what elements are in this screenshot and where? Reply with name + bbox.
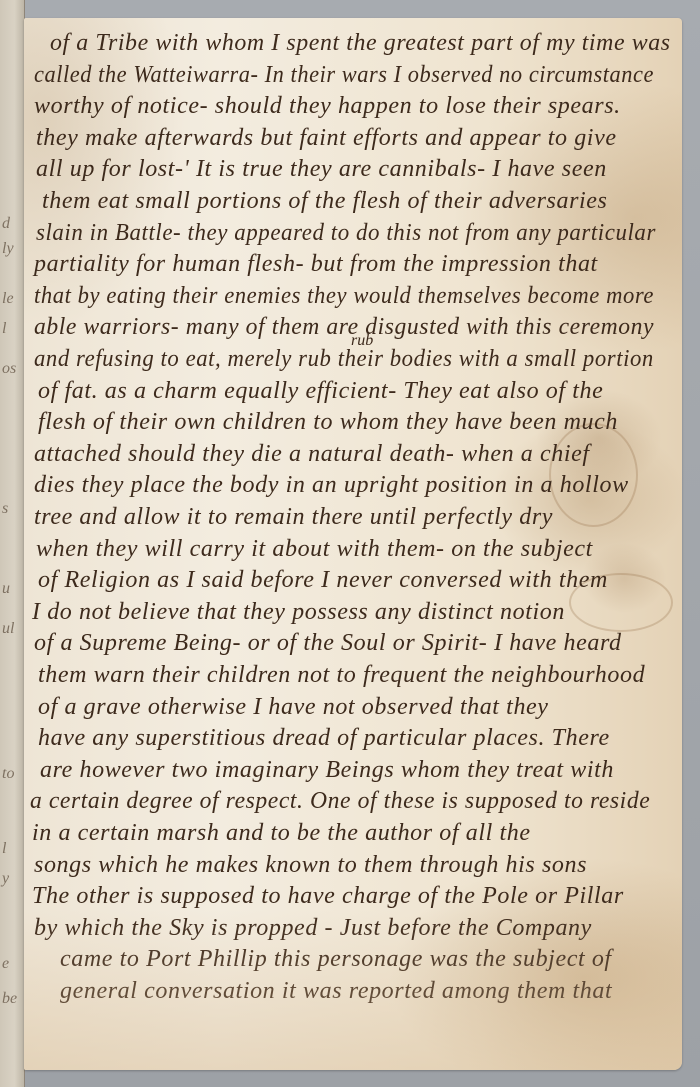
manuscript-line: are however two imaginary Beings whom th… bbox=[40, 757, 614, 784]
manuscript-line: of Religion as I said before I never con… bbox=[38, 567, 608, 594]
manuscript-line: by which the Sky is propped - Just befor… bbox=[34, 915, 592, 942]
manuscript-line: slain in Battle- they appeared to do thi… bbox=[36, 220, 656, 247]
manuscript-line: songs which he makes known to them throu… bbox=[34, 852, 587, 879]
manuscript-line: attached should they die a natural death… bbox=[34, 441, 590, 468]
manuscript-line: dies they place the body in an upright p… bbox=[34, 472, 629, 499]
manuscript-line: and refusing to eat, merely rub their bo… bbox=[34, 346, 654, 373]
manuscript-line: of a Tribe with whom I spent the greates… bbox=[50, 30, 671, 57]
facing-page-fragment: s bbox=[2, 500, 8, 518]
manuscript-line: in a certain marsh and to be the author … bbox=[32, 820, 531, 847]
facing-page-fragment: os bbox=[2, 360, 16, 378]
manuscript-line: they make afterwards but faint efforts a… bbox=[36, 125, 617, 152]
facing-page-edge: d s ly le l os u ul to l y e be bbox=[0, 0, 25, 1087]
manuscript-line: have any superstitious dread of particul… bbox=[38, 725, 610, 752]
manuscript-line: a certain degree of respect. One of thes… bbox=[30, 788, 650, 815]
facing-page-fragment: le bbox=[2, 290, 14, 308]
manuscript-line: when they will carry it about with them-… bbox=[36, 536, 593, 563]
manuscript-line: called the Watteiwarra- In their wars I … bbox=[34, 62, 654, 89]
manuscript-line: them warn their children not to frequent… bbox=[38, 662, 645, 689]
facing-page-fragment: ul bbox=[2, 620, 14, 638]
facing-page-fragment: l bbox=[2, 840, 6, 858]
manuscript-line: of a Supreme Being- or of the Soul or Sp… bbox=[34, 630, 622, 657]
facing-page-fragment: u bbox=[2, 580, 10, 598]
facing-page-fragment: ly bbox=[2, 240, 14, 258]
manuscript-line: partiality for human flesh- but from the… bbox=[34, 251, 598, 278]
facing-page-fragment: d bbox=[2, 215, 10, 233]
manuscript-page: of a Tribe with whom I spent the greates… bbox=[24, 18, 682, 1070]
facing-page-fragment: to bbox=[2, 765, 14, 783]
facing-page-fragment: l bbox=[2, 320, 6, 338]
facing-page-fragment: e bbox=[2, 955, 9, 973]
manuscript-line: The other is supposed to have charge of … bbox=[32, 883, 624, 910]
manuscript-line: I do not believe that they possess any d… bbox=[32, 599, 565, 626]
manuscript-line: came to Port Phillip this personage was … bbox=[60, 946, 612, 973]
manuscript-line: able warriors- many of them are disguste… bbox=[34, 314, 654, 341]
manuscript-line: them eat small portions of the flesh of … bbox=[42, 188, 608, 215]
manuscript-line: that by eating their enemies they would … bbox=[34, 283, 654, 310]
manuscript-line: tree and allow it to remain there until … bbox=[34, 504, 553, 531]
manuscript-line: all up for lost-' It is true they are ca… bbox=[36, 156, 607, 183]
manuscript-line: general conversation it was reported amo… bbox=[60, 978, 612, 1005]
manuscript-line: flesh of their own children to whom they… bbox=[38, 409, 618, 436]
manuscript-line: of a grave otherwise I have not observed… bbox=[38, 694, 549, 721]
manuscript-line: worthy of notice- should they happen to … bbox=[34, 93, 621, 120]
manuscript-line: of fat. as a charm equally efficient- Th… bbox=[38, 378, 603, 405]
facing-page-fragment: y bbox=[2, 870, 9, 888]
facing-page-fragment: be bbox=[2, 990, 17, 1008]
